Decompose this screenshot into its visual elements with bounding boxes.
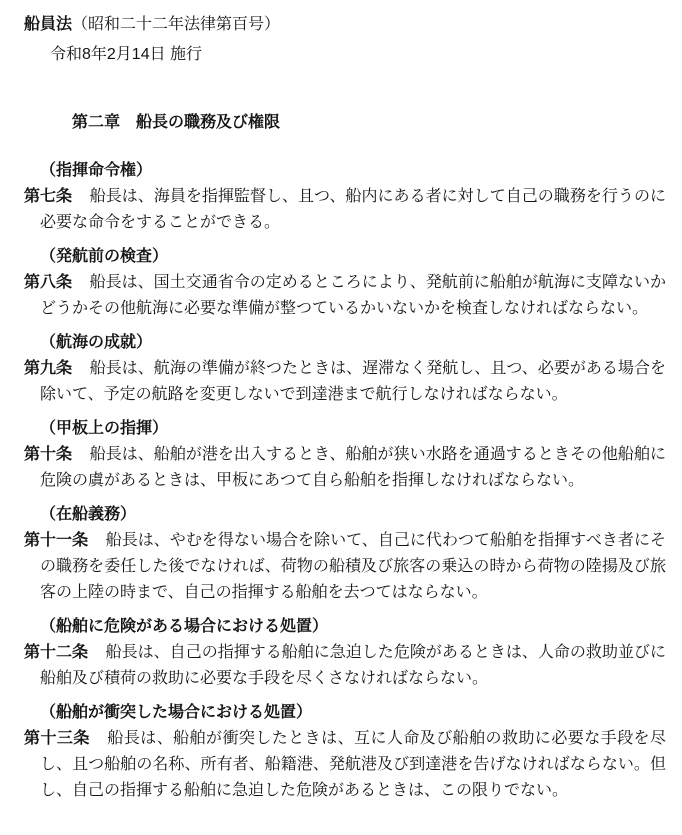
article-body-text: 船長は、国土交通省令の定めるところにより、発航前に船舶が航海に支障ないかどうかそ…: [40, 274, 666, 317]
article-paragraph: 第十条船長は、船舶が港を出入するとき、船舶が狭い水路を通過するときその他船舶に危…: [24, 442, 666, 494]
article-paragraph: 第十二条船長は、自己の指揮する船舶に急迫した危険があるときは、人命の救助並びに船…: [24, 640, 666, 692]
article-caption: （指揮命令権）: [24, 158, 666, 184]
article-body-text: 船長は、船舶が港を出入するとき、船舶が狭い水路を通過するときその他船舶に危険の虞…: [40, 446, 666, 489]
article-body-text: 船長は、船舶が衝突したときは、互に人命及び船舶の救助に必要な手段を尽し、且つ船舶…: [40, 730, 666, 799]
article-caption: （船舶に危険がある場合における処置）: [24, 614, 666, 640]
article-number: 第十三条: [24, 730, 90, 747]
law-title-line: 船員法（昭和二十二年法律第百号）: [24, 10, 666, 40]
article-number: 第十一条: [24, 532, 88, 549]
article-9-block: （航海の成就） 第九条船長は、航海の準備が終つたときは、遅滞なく発航し、且つ、必…: [24, 330, 666, 408]
law-number: （昭和二十二年法律第百号）: [72, 16, 280, 33]
article-caption: （発航前の検査）: [24, 244, 666, 270]
article-body-text: 船長は、海員を指揮監督し、且つ、船内にある者に対して自己の職務を行うのに必要な命…: [40, 188, 666, 231]
article-number: 第十二条: [24, 644, 88, 661]
article-paragraph: 第九条船長は、航海の準備が終つたときは、遅滞なく発航し、且つ、必要がある場合を除…: [24, 356, 666, 408]
article-caption: （航海の成就）: [24, 330, 666, 356]
article-paragraph: 第八条船長は、国土交通省令の定めるところにより、発航前に船舶が航海に支障ないかど…: [24, 270, 666, 322]
article-body-text: 船長は、やむを得ない場合を除いて、自己に代わつて船舶を指揮すべき者にその職務を委…: [40, 532, 666, 601]
article-caption: （船舶が衝突した場合における処置）: [24, 700, 666, 726]
article-13-block: （船舶が衝突した場合における処置） 第十三条船長は、船舶が衝突したときは、互に人…: [24, 700, 666, 804]
law-document-page: 船員法（昭和二十二年法律第百号） 令和8年2月14日 施行 第二章 船長の職務及…: [0, 0, 682, 835]
article-10-block: （甲板上の指揮） 第十条船長は、船舶が港を出入するとき、船舶が狭い水路を通過する…: [24, 416, 666, 494]
article-number: 第七条: [24, 188, 72, 205]
article-body-text: 船長は、自己の指揮する船舶に急迫した危険があるときは、人命の救助並びに船舶及び積…: [40, 644, 666, 687]
chapter-heading: 第二章 船長の職務及び権限: [24, 110, 666, 136]
law-title: 船員法: [24, 16, 72, 33]
article-number: 第十条: [24, 446, 72, 463]
article-paragraph: 第七条船長は、海員を指揮監督し、且つ、船内にある者に対して自己の職務を行うのに必…: [24, 184, 666, 236]
article-number: 第八条: [24, 274, 72, 291]
enforcement-date: 令和8年2月14日 施行: [24, 40, 666, 70]
article-number: 第九条: [24, 360, 72, 377]
article-body-text: 船長は、航海の準備が終つたときは、遅滞なく発航し、且つ、必要がある場合を除いて、…: [40, 360, 666, 403]
article-12-block: （船舶に危険がある場合における処置） 第十二条船長は、自己の指揮する船舶に急迫し…: [24, 614, 666, 692]
article-caption: （在船義務）: [24, 502, 666, 528]
article-8-block: （発航前の検査） 第八条船長は、国土交通省令の定めるところにより、発航前に船舶が…: [24, 244, 666, 322]
article-paragraph: 第十一条船長は、やむを得ない場合を除いて、自己に代わつて船舶を指揮すべき者にその…: [24, 528, 666, 606]
article-7-block: （指揮命令権） 第七条船長は、海員を指揮監督し、且つ、船内にある者に対して自己の…: [24, 158, 666, 236]
article-caption: （甲板上の指揮）: [24, 416, 666, 442]
article-paragraph: 第十三条船長は、船舶が衝突したときは、互に人命及び船舶の救助に必要な手段を尽し、…: [24, 726, 666, 804]
article-11-block: （在船義務） 第十一条船長は、やむを得ない場合を除いて、自己に代わつて船舶を指揮…: [24, 502, 666, 606]
